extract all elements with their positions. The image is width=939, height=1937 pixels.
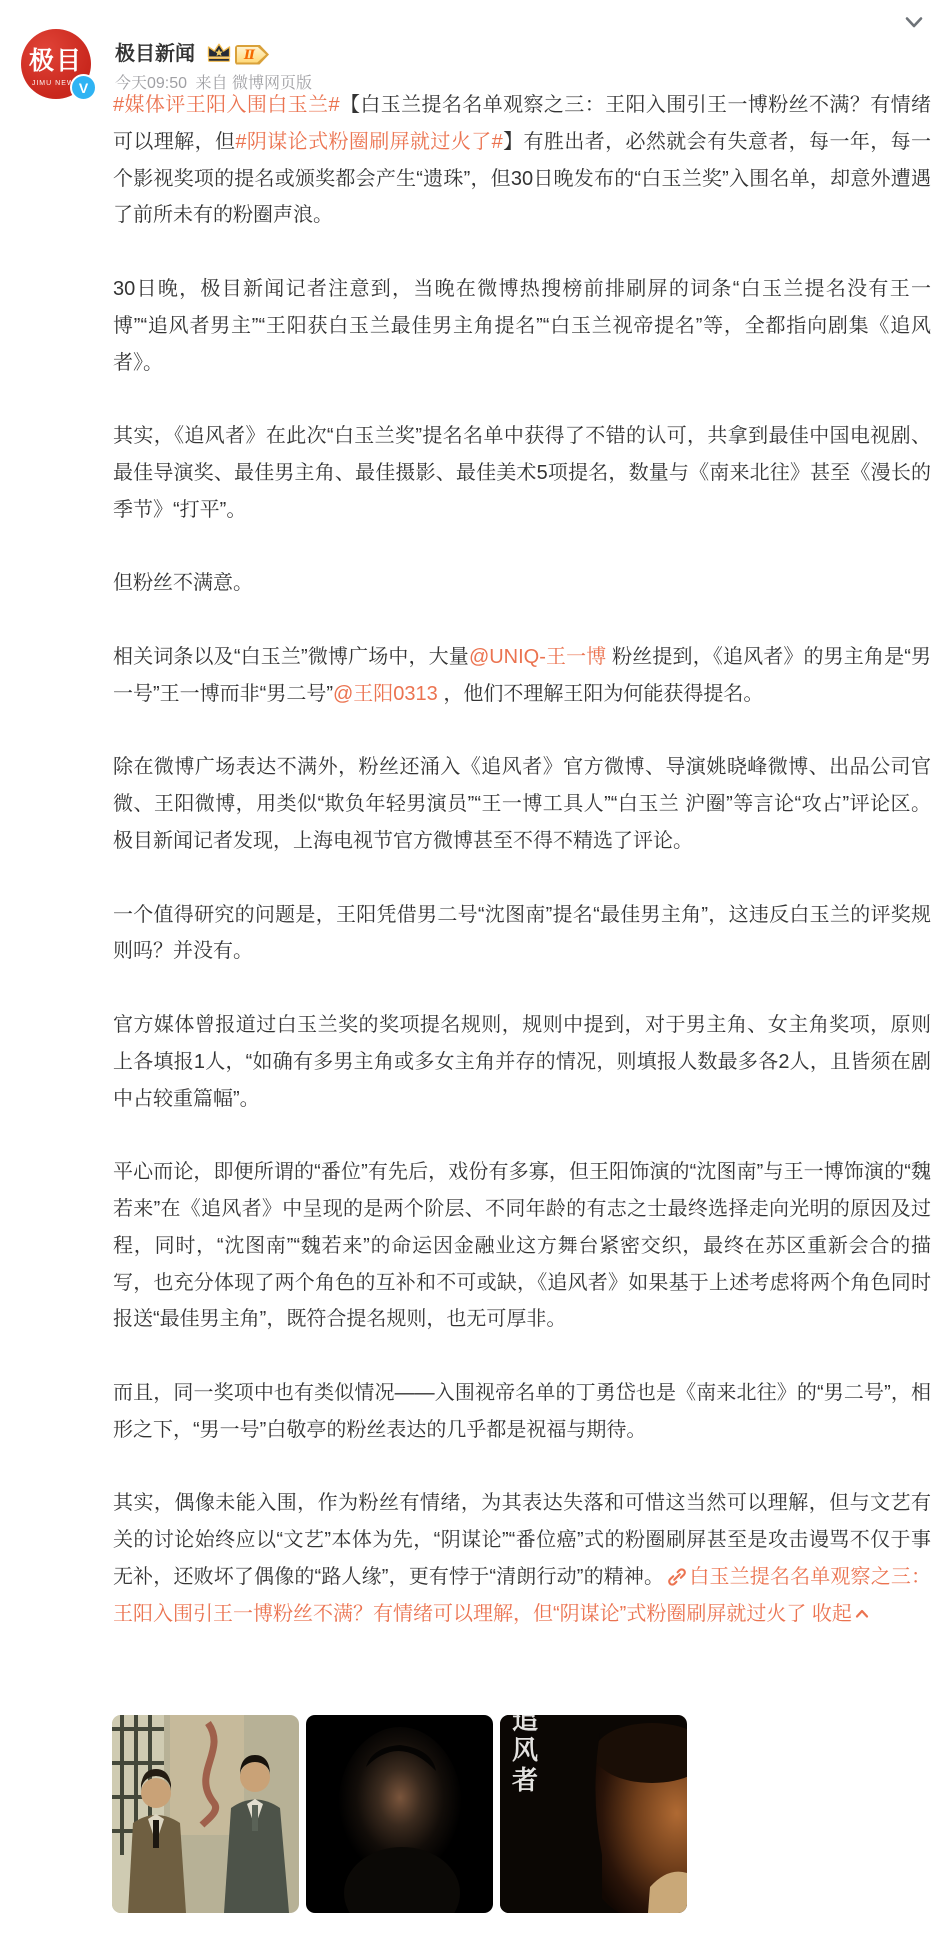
svg-text:风: 风 — [512, 1735, 538, 1765]
post-paragraph: 但粉丝不满意。 — [113, 565, 931, 602]
topic-link[interactable]: #媒体评王阳入围白玉兰# — [113, 94, 340, 116]
post-paragraph: #媒体评王阳入围白玉兰#【白玉兰提名名单观察之三：王阳入围引王一博粉丝不满？有情… — [113, 87, 931, 234]
post-paragraph: 平心而论，即便所谓的“番位”有先后，戏份有多寡，但王阳饰演的“沈图南”与王一博饰… — [113, 1154, 931, 1338]
vip-badge[interactable]: Ⅱ — [206, 41, 269, 68]
link-icon — [667, 1567, 687, 1587]
vip-level-label: Ⅱ — [237, 47, 266, 63]
post-paragraph: 其实，偶像未能入围，作为粉丝有情绪，为其表达失落和可惜这当然可以理解，但与文艺有… — [113, 1485, 931, 1632]
post-paragraph: 而且，同一奖项中也有类似情况——入围视帝名单的丁勇岱也是《南来北往》的“男二号”… — [113, 1375, 931, 1449]
chevron-down-icon[interactable] — [905, 16, 923, 30]
post-text-segment: 而且，同一奖项中也有类似情况——入围视帝名单的丁勇岱也是《南来北往》的“男二号”… — [113, 1382, 931, 1441]
post-paragraph: 除在微博广场表达不满外，粉丝还涌入《追风者》官方微博、导演姚晓峰微博、出品公司官… — [113, 749, 931, 859]
post-text-segment: 但粉丝不满意。 — [113, 572, 253, 594]
svg-text:者: 者 — [512, 1765, 538, 1795]
mention-link[interactable]: @王阳0313 — [333, 683, 438, 705]
post-text-segment: 30日晚，极目新闻记者注意到，当晚在微博热搜榜前排刷屏的词条“白玉兰提名没有王一… — [113, 278, 931, 374]
post-text: #媒体评王阳入围白玉兰#【白玉兰提名名单观察之三：王阳入围引王一博粉丝不满？有情… — [113, 87, 931, 1709]
post-paragraph: 官方媒体曾报道过白玉兰奖的奖项提名规则，规则中提到，对于男主角、女主角奖项，原则… — [113, 1007, 931, 1117]
post-image-3[interactable]: 追 风 者 — [500, 1715, 687, 1913]
username[interactable]: 极目新闻 — [115, 37, 195, 66]
post-text-segment: 官方媒体曾报道过白玉兰奖的奖项提名规则，规则中提到，对于男主角、女主角奖项，原则… — [113, 1014, 931, 1110]
vip-level-banner: Ⅱ — [235, 45, 269, 65]
post-image-2[interactable] — [306, 1715, 493, 1913]
post-text-segment: 其实，《追风者》在此次“白玉兰奖”提名名单中获得了不错的认可，共拿到最佳中国电视… — [113, 425, 931, 521]
post-paragraph: 30日晚，极目新闻记者注意到，当晚在微博热搜榜前排刷屏的词条“白玉兰提名没有王一… — [113, 271, 931, 381]
post-text-segment: 一个值得研究的问题是，王阳凭借男二号“沈图南”提名“最佳男主角”，这违反白玉兰的… — [113, 904, 931, 963]
post-text-segment: 除在微博广场表达不满外，粉丝还涌入《追风者》官方微博、导演姚晓峰微博、出品公司官… — [113, 756, 931, 852]
avatar-text: 极目 — [21, 41, 91, 77]
post-paragraph: 其实，《追风者》在此次“白玉兰奖”提名名单中获得了不错的认可，共拿到最佳中国电视… — [113, 418, 931, 528]
post-text-segment: ，他们不理解王阳为何能获得提名。 — [438, 683, 764, 705]
svg-text:追: 追 — [512, 1715, 538, 1735]
mention-link[interactable]: @UNIQ-王一博 — [469, 646, 607, 668]
verified-letter: V — [79, 80, 88, 96]
collapse-link[interactable]: 收起 — [806, 1603, 871, 1625]
post-text-segment: 平心而论，即便所谓的“番位”有先后，戏份有多寡，但王阳饰演的“沈图南”与王一博饰… — [113, 1161, 931, 1330]
verified-badge-icon: V — [70, 74, 97, 101]
topic-link[interactable]: #阴谋论式粉圈刷屏就过火了# — [235, 131, 502, 153]
post-paragraph: 相关词条以及“白玉兰”微博广场中，大量@UNIQ-王一博 粉丝提到，《追风者》的… — [113, 639, 931, 713]
post-paragraph: 一个值得研究的问题是，王阳凭借男二号“沈图南”提名“最佳男主角”，这违反白玉兰的… — [113, 897, 931, 971]
chevron-up-icon — [855, 1608, 869, 1619]
post-images: 追 风 者 — [112, 1715, 687, 1913]
post-text-segment: 相关词条以及“白玉兰”微博广场中，大量 — [113, 646, 469, 668]
crown-icon — [206, 41, 232, 68]
post-image-1[interactable] — [112, 1715, 299, 1913]
